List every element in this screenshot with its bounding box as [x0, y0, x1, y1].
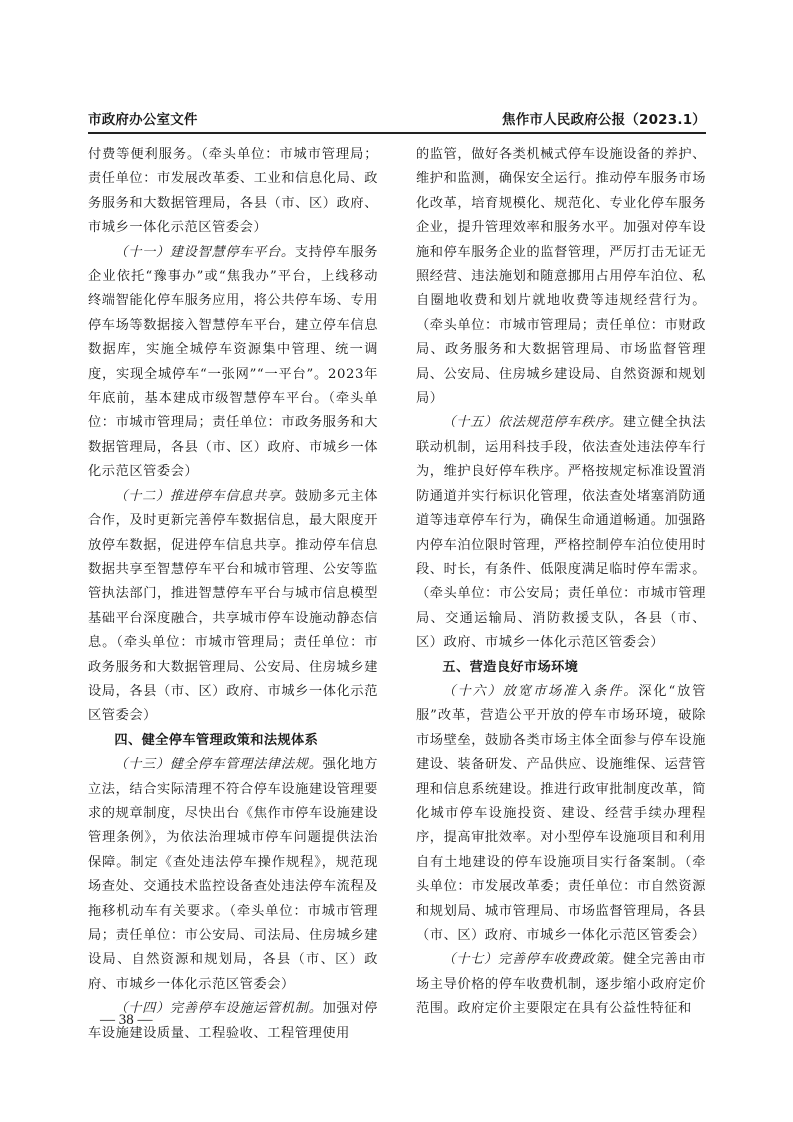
- page-number: — 38 —: [100, 1012, 153, 1029]
- paragraph-continuation: 的监管，做好各类机械式停车设施设备的养护、维护和监测，确保安全运行。推动停车服务…: [416, 143, 706, 411]
- right-column: 的监管，做好各类机械式停车设施设备的养护、维护和监测，确保安全运行。推动停车服务…: [416, 143, 706, 1022]
- paragraph-item-11: （十一）建设智慧停车平台。支持停车服务企业依托“豫事办”或“焦我办”平台，上线移…: [88, 241, 378, 485]
- item-heading: （十七）完善停车收费政策。: [442, 952, 622, 967]
- header-section-title: 市政府办公室文件: [88, 108, 198, 128]
- item-heading: （十二）推进停车信息共享。: [114, 489, 294, 504]
- item-heading: （十三）健全停车管理法律法规。: [114, 757, 322, 772]
- left-column: 付费等便利服务。（牵头单位：市城市管理局；责任单位：市发展改革委、工业和信息化局…: [88, 143, 378, 1046]
- item-heading: （十一）建设智慧停车平台。: [114, 245, 294, 260]
- paragraph-item-12: （十二）推进停车信息共享。鼓励多元主体合作，及时更新完善停车数据信息，最大限度开…: [88, 485, 378, 729]
- section-heading-4: 四、健全停车管理政策和法规体系: [88, 729, 378, 753]
- paragraph-item-13: （十三）健全停车管理法律法规。强化地方立法，结合实际清理不符合停车设施建设管理要…: [88, 753, 378, 997]
- item-heading: （十五）依法规范停车秩序。: [442, 415, 622, 430]
- paragraph-continuation: 付费等便利服务。（牵头单位：市城市管理局；责任单位：市发展改革委、工业和信息化局…: [88, 143, 378, 241]
- section-heading-5: 五、营造良好市场环境: [416, 656, 706, 680]
- running-header: 市政府办公室文件 焦作市人民政府公报（2023.1）: [88, 106, 706, 134]
- paragraph-item-15: （十五）依法规范停车秩序。建立健全执法联动机制，运用科技手段，依法查处违法停车行…: [416, 411, 706, 655]
- paragraph-item-16: （十六）放宽市场准入条件。深化“放管服”改革，营造公平开放的停车市场环境，破除市…: [416, 680, 706, 948]
- paragraph-item-17: （十七）完善停车收费政策。健全完善由市场主导价格的停车收费机制，逐步缩小政府定价…: [416, 948, 706, 1021]
- header-publication-title: 焦作市人民政府公报（2023.1）: [502, 108, 706, 128]
- item-heading: （十六）放宽市场准入条件。: [442, 684, 638, 699]
